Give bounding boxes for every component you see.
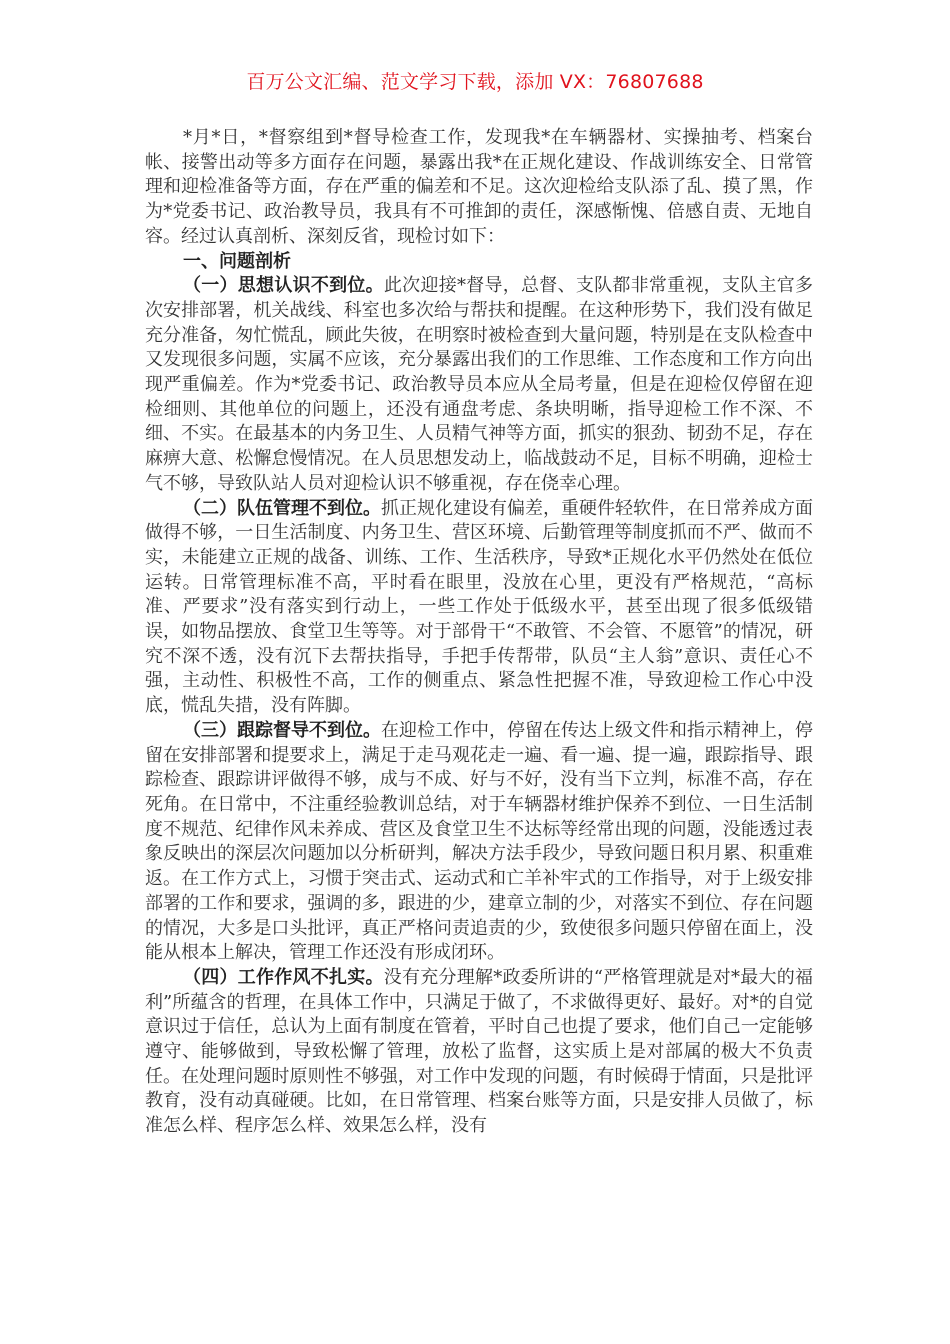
paragraph-text: 没有充分理解*政委所讲的“严格管理就是对*最大的福利”所蕴含的哲理，在具体工作中…: [145, 967, 813, 1136]
paragraph-lead: （四）工作作风不扎实。: [183, 967, 384, 988]
paragraph-work-style: （四）工作作风不扎实。没有充分理解*政委所讲的“严格管理就是对*最大的福利”所蕴…: [145, 966, 813, 1139]
intro-paragraph: *月*日，*督察组到*督导检查工作，发现我*在车辆器材、实操抽考、档案台帐、接警…: [145, 126, 813, 250]
header-banner: 百万公文汇编、范文学习下载，添加 VX：76807688: [0, 68, 950, 96]
paragraph-supervision: （三）跟踪督导不到位。在迎检工作中，停留在传达上级文件和指示精神上，停留在安排部…: [145, 719, 813, 966]
paragraph-lead: （一）思想认识不到位。: [183, 275, 384, 296]
paragraph-team-management: （二）队伍管理不到位。抓正规化建设有偏差，重硬件轻软件，在日常养成方面做得不够，…: [145, 497, 813, 719]
paragraph-lead: （二）队伍管理不到位。: [183, 498, 381, 519]
document-body: *月*日，*督察组到*督导检查工作，发现我*在车辆器材、实操抽考、档案台帐、接警…: [145, 126, 813, 1139]
paragraph-text: 抓正规化建设有偏差，重硬件轻软件，在日常养成方面做得不够，一日生活制度、内务卫生…: [145, 498, 813, 717]
document-page: 百万公文汇编、范文学习下载，添加 VX：76807688 *月*日，*督察组到*…: [0, 0, 950, 1344]
section-heading: 一、问题剖析: [145, 250, 813, 275]
paragraph-thinking: （一）思想认识不到位。此次迎接*督导，总督、支队都非常重视，支队主官多次安排部署…: [145, 274, 813, 496]
paragraph-lead: （三）跟踪督导不到位。: [183, 720, 381, 741]
paragraph-text: 在迎检工作中，停留在传达上级文件和指示精神上，停留在安排部署和提要求上，满足于走…: [145, 720, 813, 963]
paragraph-text: 此次迎接*督导，总督、支队都非常重视，支队主官多次安排部署，机关战线、科室也多次…: [145, 275, 813, 494]
